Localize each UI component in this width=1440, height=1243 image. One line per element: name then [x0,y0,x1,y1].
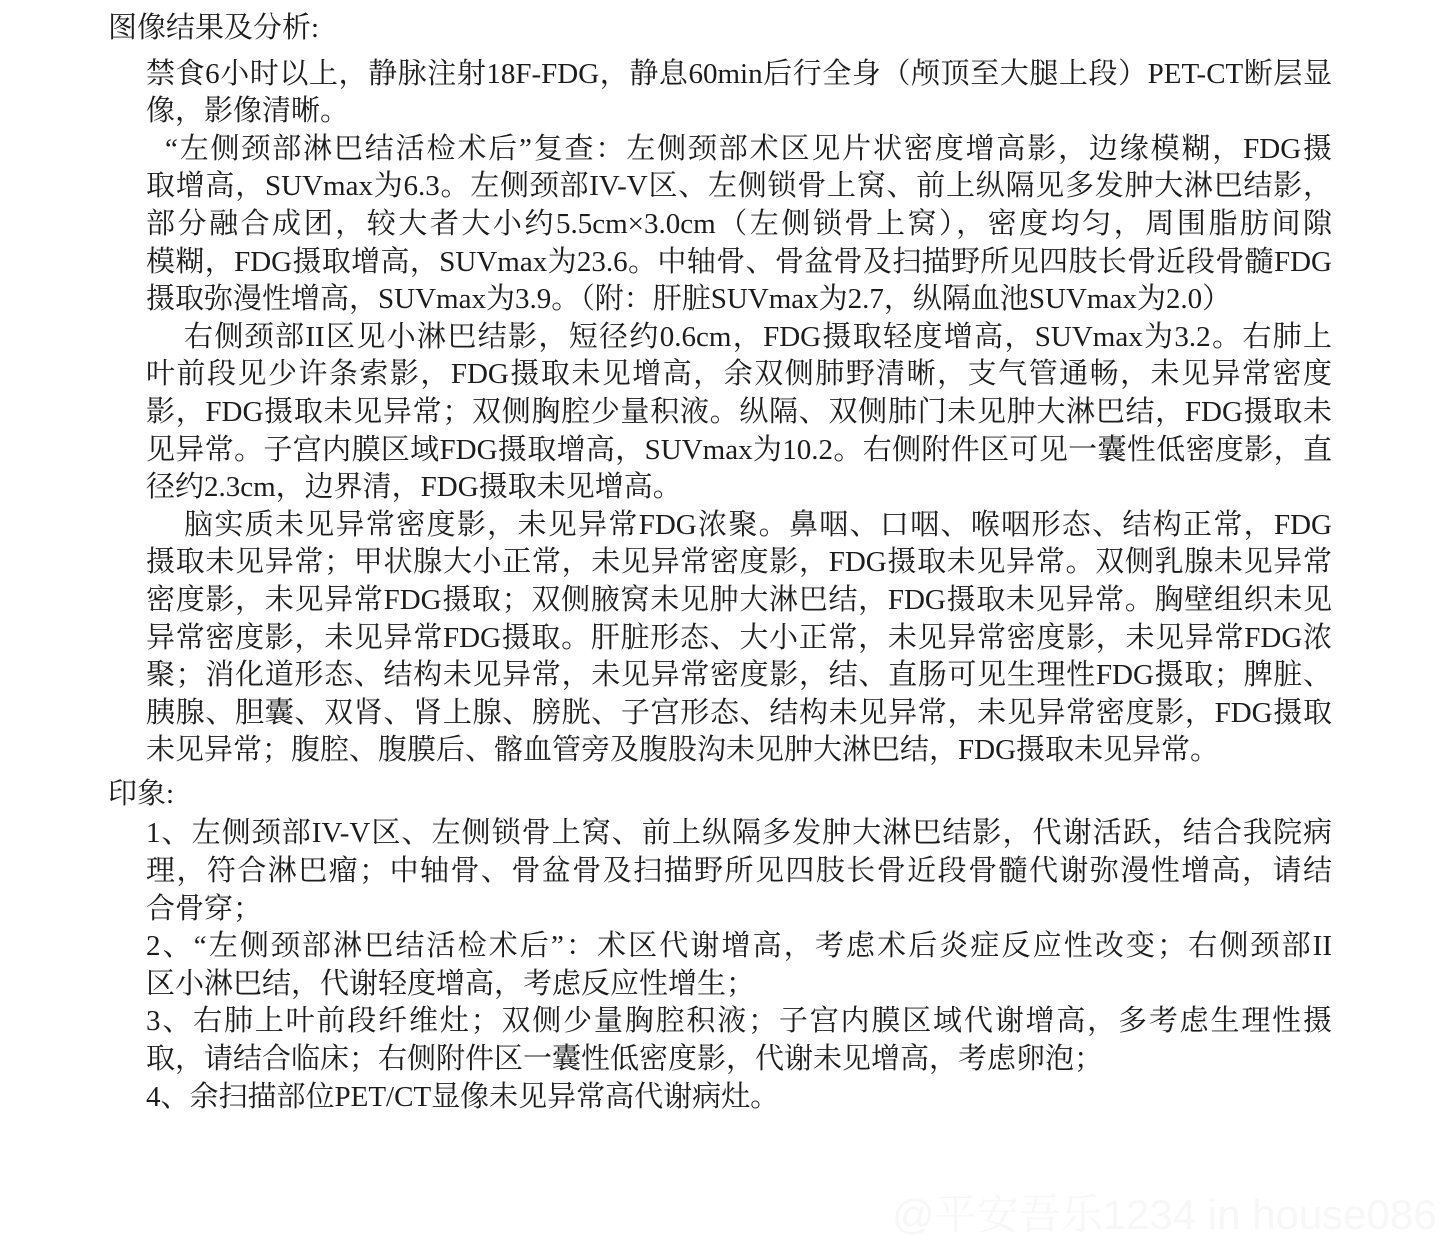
findings-line: 摄取未见异常；甲状腺大小正常，未见异常密度影，FDG摄取未见异常。双侧乳腺未见异… [146,544,1332,582]
impression-line: 理，符合淋巴瘤；中轴骨、骨盆骨及扫描野所见四肢长骨近段骨髓代谢弥漫性增高，请结 [146,853,1332,891]
impression-heading: 印象: [108,776,1440,814]
findings-line: 摄取弥漫性增高，SUVmax为3.9。（附：肝脏SUVmax为2.7，纵隔血池S… [146,281,1332,319]
findings-line: 取增高，SUVmax为6.3。左侧颈部IV-V区、左侧锁骨上窝、前上纵隔见多发肿… [146,168,1332,206]
impression-line: 区小淋巴结，代谢轻度增高，考虑反应性增生； [146,966,1332,1004]
pet-ct-report: 图像结果及分析: 禁食6小时以上，静脉注射18F-FDG，静息60min后行全身… [0,0,1440,1116]
impression-line: 合骨穿； [146,891,1332,929]
impression-line: 3、右肺上叶前段纤维灶；双侧少量胸腔积液；子宫内膜区域代谢增高，多考虑生理性摄 [146,1003,1332,1041]
findings-line: “左侧颈部淋巴结活检术后”复查：左侧颈部术区见片状密度增高影，边缘模糊，FDG摄 [146,131,1332,169]
findings-line: 脑实质未见异常密度影，未见异常FDG浓聚。鼻咽、口咽、喉咽形态、结构正常，FDG [146,507,1332,545]
findings-line: 禁食6小时以上，静脉注射18F-FDG，静息60min后行全身（颅顶至大腿上段）… [146,56,1332,94]
impression-line: 1、左侧颈部IV-V区、左侧锁骨上窝、前上纵隔多发肿大淋巴结影，代谢活跃，结合我… [146,815,1332,853]
findings-line: 部分融合成团，较大者大小约5.5cm×3.0cm（左侧锁骨上窝），密度均匀，周围… [146,206,1332,244]
impression-line: 取，请结合临床；右侧附件区一囊性低密度影，代谢未见增高，考虑卵泡； [146,1041,1332,1079]
findings-line: 像，影像清晰。 [146,93,1332,131]
findings-line: 密度影，未见异常FDG摄取；双侧腋窝未见肿大淋巴结，FDG摄取未见异常。胸壁组织… [146,582,1332,620]
findings-line: 模糊，FDG摄取增高，SUVmax为23.6。中轴骨、骨盆骨及扫描野所见四肢长骨… [146,244,1332,282]
impression-line: 4、余扫描部位PET/CT显像未见异常高代谢病灶。 [146,1079,1332,1117]
findings-line: 异常密度影，未见异常FDG摄取。肝脏形态、大小正常，未见异常密度影，未见异常FD… [146,620,1332,658]
findings-line: 未见异常；腹腔、腹膜后、髂血管旁及腹股沟未见肿大淋巴结，FDG摄取未见异常。 [146,732,1332,770]
report-page: 图像结果及分析: 禁食6小时以上，静脉注射18F-FDG，静息60min后行全身… [0,0,1440,1243]
impression-line: 2、“左侧颈部淋巴结活检术后”：术区代谢增高，考虑术后炎症反应性改变；右侧颈部I… [146,928,1332,966]
findings-line: 叶前段见少许条索影，FDG摄取未见增高，余双侧肺野清晰，支气管通畅，未见异常密度 [146,356,1332,394]
findings-line: 聚；消化道形态、结构未见异常，未见异常密度影，结、直肠可见生理性FDG摄取；脾脏… [146,657,1332,695]
findings-line: 右侧颈部II区见小淋巴结影，短径约0.6cm，FDG摄取轻度增高，SUVmax为… [146,319,1332,357]
findings-line: 胰腺、胆囊、双肾、肾上腺、膀胱、子宫形态、结构未见异常，未见异常密度影，FDG摄… [146,695,1332,733]
findings-line: 径约2.3cm，边界清，FDG摄取未见增高。 [146,469,1332,507]
findings-line: 影，FDG摄取未见异常；双侧胸腔少量积液。纵隔、双侧肺门未见肿大淋巴结，FDG摄… [146,394,1332,432]
findings-heading: 图像结果及分析: [108,10,1440,48]
findings-line: 见异常。子宫内膜区域FDG摄取增高，SUVmax为10.2。右侧附件区可见一囊性… [146,432,1332,470]
watermark: @平安吾乐1234 in house086 [892,1182,1440,1242]
